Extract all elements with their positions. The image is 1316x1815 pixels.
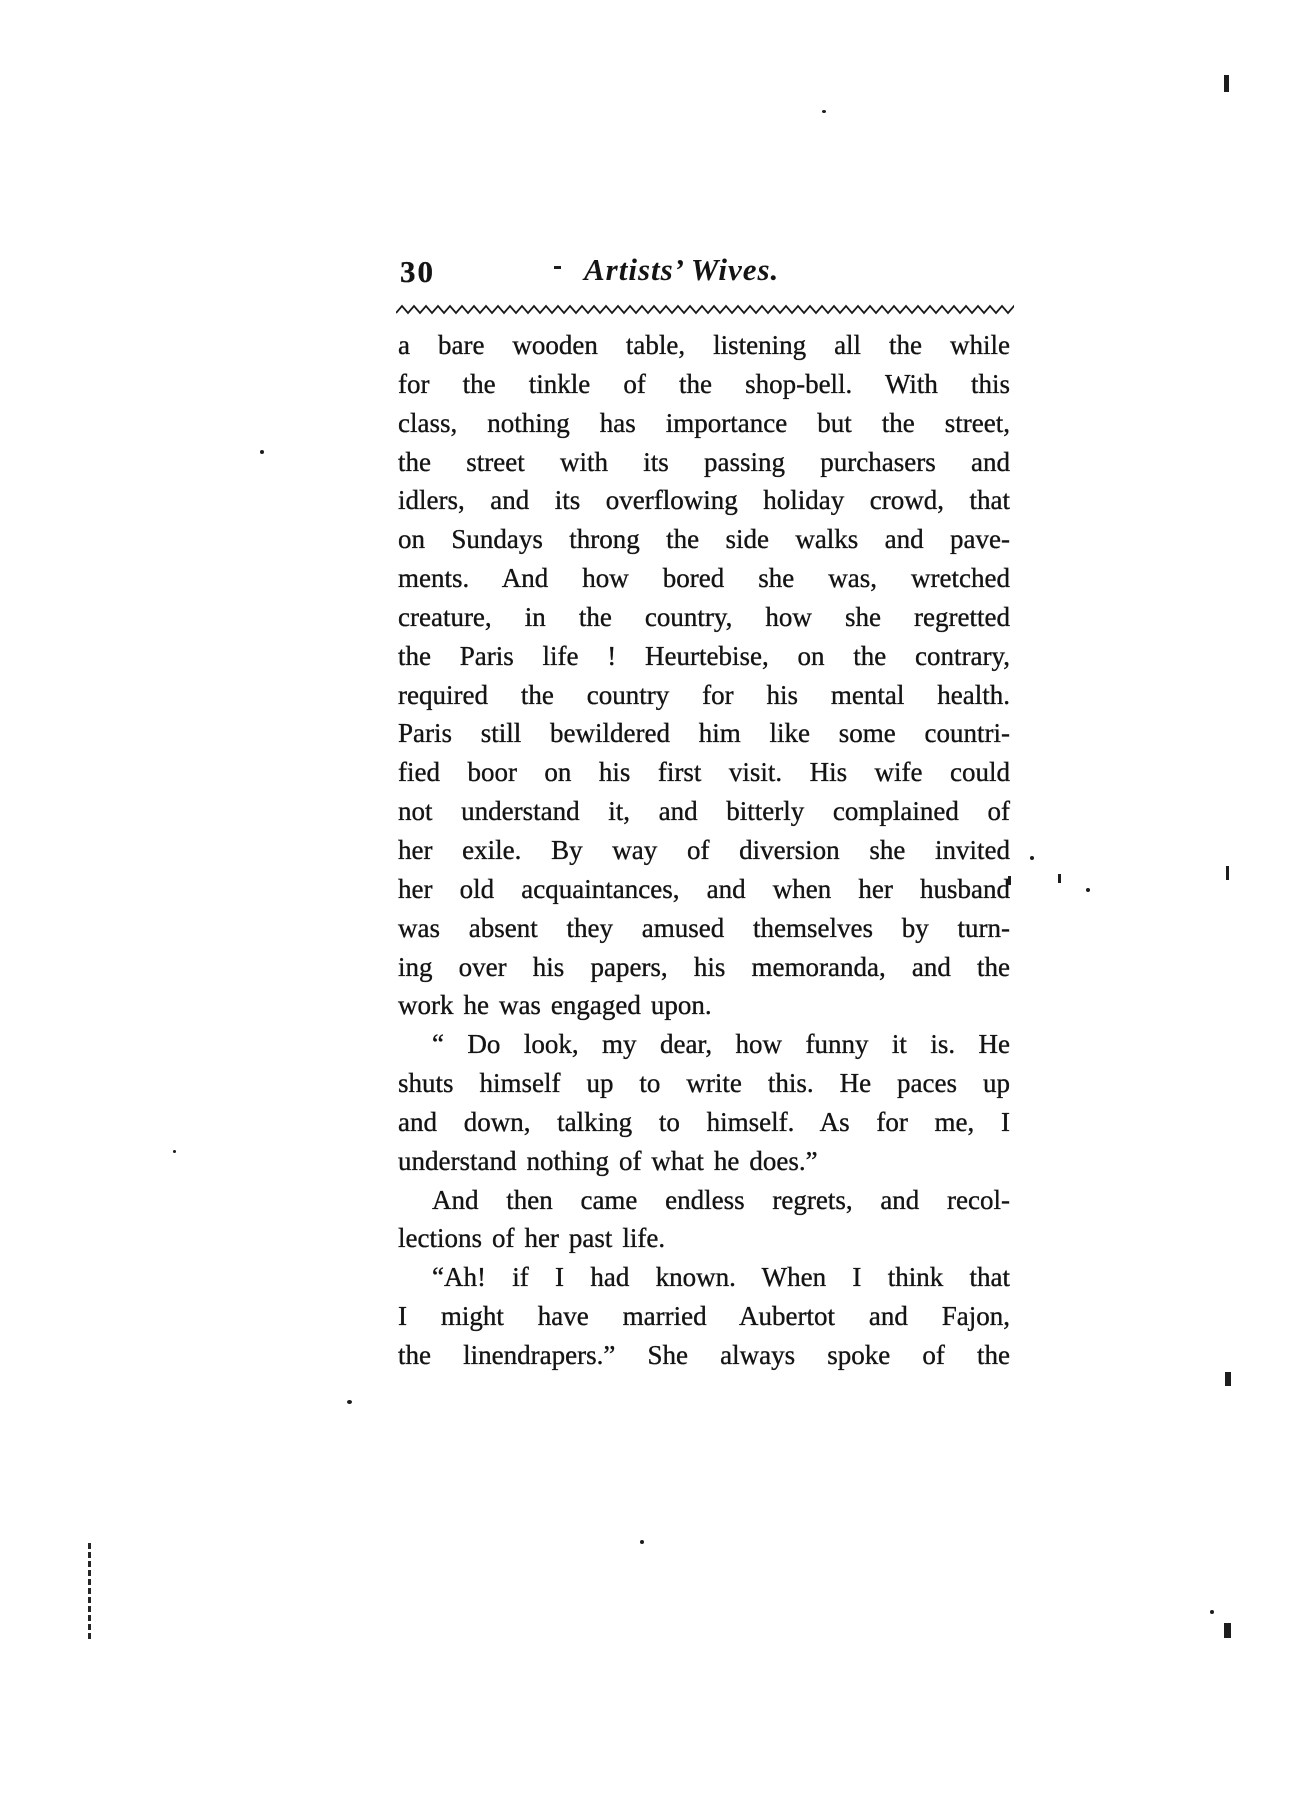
scan-speck — [1030, 856, 1034, 860]
text-line: on Sundays throng the side walks and pav… — [398, 520, 1010, 559]
text-line: shuts himself up to write this. He paces… — [398, 1064, 1010, 1103]
text-line: Paris still bewildered him like some cou… — [398, 714, 1010, 753]
text-line: work he was engaged upon. — [398, 986, 1010, 1025]
scan-speck — [260, 450, 264, 454]
margin-tick — [1224, 1623, 1231, 1638]
page-header: 30 Artists’ Wives. — [398, 252, 1010, 294]
text-line: not understand it, and bitterly complain… — [398, 792, 1010, 831]
zigzag-rule-graphic — [396, 303, 1014, 317]
text-line: And then came endless regrets, and recol… — [398, 1181, 1010, 1220]
text-line: lections of her past life. — [398, 1219, 1010, 1258]
scan-speck — [1058, 874, 1061, 883]
scan-speck — [640, 1540, 644, 1544]
text-line: “ Do look, my dear, how funny it is. He — [398, 1025, 1010, 1064]
margin-tick — [1225, 1372, 1231, 1386]
text-line: the street with its passing purchasers a… — [398, 443, 1010, 482]
text-line: and down, talking to himself. As for me,… — [398, 1103, 1010, 1142]
text-line: a bare wooden table, listening all the w… — [398, 326, 1010, 365]
text-line: was absent they amused themselves by tur… — [398, 909, 1010, 948]
scan-speck — [822, 110, 826, 113]
text-line: the linendrapers.” She always spoke of t… — [398, 1336, 1010, 1375]
text-line: I might have married Aubertot and Fajon, — [398, 1297, 1010, 1336]
text-line: for the tinkle of the shop-bell. With th… — [398, 365, 1010, 404]
running-title: Artists’ Wives. — [584, 252, 779, 288]
body-text: a bare wooden table, listening all the w… — [398, 326, 1010, 1375]
text-line: “Ah! if I had known. When I think that — [398, 1258, 1010, 1297]
text-line: required the country for his mental heal… — [398, 676, 1010, 715]
text-line: ing over his papers, his memoranda, and … — [398, 948, 1010, 987]
margin-tick — [1226, 866, 1229, 880]
scan-speck — [347, 1400, 352, 1404]
scan-speck — [1210, 1610, 1214, 1614]
scan-speck — [554, 266, 561, 269]
text-line: fied boor on his first visit. His wife c… — [398, 753, 1010, 792]
book-page: 30 Artists’ Wives. a bare wooden table, … — [0, 0, 1316, 1815]
text-line: her exile. By way of diversion she invit… — [398, 831, 1010, 870]
fold-line — [88, 1543, 94, 1639]
scan-speck — [1086, 888, 1090, 892]
text-line: ments. And how bored she was, wretched — [398, 559, 1010, 598]
text-line: class, nothing has importance but the st… — [398, 404, 1010, 443]
zigzag-rule — [396, 303, 1014, 317]
margin-tick — [1224, 75, 1229, 92]
text-line: idlers, and its overflowing holiday crow… — [398, 481, 1010, 520]
text-line: the Paris life ! Heurtebise, on the cont… — [398, 637, 1010, 676]
scan-speck — [173, 1150, 176, 1153]
page-number: 30 — [400, 254, 435, 290]
text-line: creature, in the country, how she regret… — [398, 598, 1010, 637]
text-line: her old acquaintances, and when her husb… — [398, 870, 1010, 909]
scan-speck — [1008, 876, 1011, 885]
text-line: understand nothing of what he does.” — [398, 1142, 1010, 1181]
